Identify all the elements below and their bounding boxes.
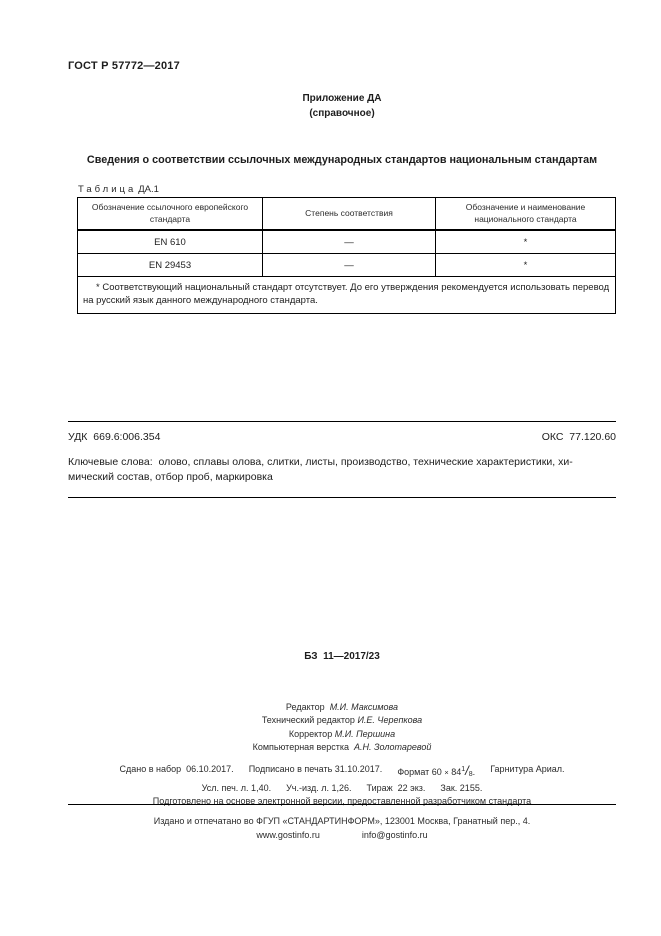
- order-number: Зак. 2155.: [440, 782, 482, 796]
- cell-national: *: [436, 254, 616, 277]
- publisher-links: www.gostinfo.ru info@gostinfo.ru: [68, 828, 616, 842]
- table-caption-word: Таблица: [78, 184, 136, 195]
- credit-line-corrector: Корректор М.И. Першина: [68, 728, 616, 741]
- cell-standard: EN 29453: [78, 254, 263, 277]
- publisher-block: Издано и отпечатано во ФГУП «СТАНДАРТИНФ…: [68, 814, 616, 842]
- header-national-standard: Обозначение и наименование национального…: [436, 198, 616, 231]
- divider-rule: [68, 804, 616, 805]
- publishing-sheets: Уч.-изд. л. 1,26.: [286, 782, 351, 796]
- correspondence-table: Обозначение ссылочного европейского стан…: [77, 197, 616, 314]
- cell-standard: EN 610: [78, 230, 263, 254]
- credit-label: Редактор: [286, 702, 325, 712]
- header-degree-of-correspondence: Степень соответствия: [263, 198, 436, 231]
- cell-degree: —: [263, 230, 436, 254]
- keywords-line: Ключевые слова: олово, сплавы олова, сли…: [68, 455, 616, 470]
- credit-name: М.И. Максимова: [330, 702, 398, 712]
- keywords: Ключевые слова: олово, сплавы олова, сли…: [68, 455, 616, 485]
- annex-title: Приложение ДА: [68, 91, 616, 106]
- multiply-sign: ×: [444, 768, 448, 777]
- table-footnote-row: * Соответствующий национальный стандарт …: [78, 277, 616, 314]
- header-european-standard: Обозначение ссылочного европейского стан…: [78, 198, 263, 231]
- format-spec: Формат 60 × 841/8.: [397, 763, 475, 782]
- annex-subtitle: (справочное): [68, 106, 616, 121]
- codes-row: УДК 669.6:006.354 ОКС 77.120.60: [68, 431, 616, 443]
- signed-to-print-date: Подписано в печать 31.10.2017.: [249, 763, 383, 782]
- keywords-line: мический состав, отбор проб, маркировка: [68, 470, 616, 485]
- bz-code: БЗ 11—2017/23: [68, 651, 616, 662]
- publisher-address: Издано и отпечатано во ФГУП «СТАНДАРТИНФ…: [68, 814, 616, 828]
- conventional-sheets: Усл. печ. л. 1,40.: [202, 782, 271, 796]
- annex-block: Приложение ДА (справочное): [68, 91, 616, 121]
- credit-label: Компьютерная верстка: [253, 742, 349, 752]
- credit-label: Технический редактор: [262, 715, 355, 725]
- typeface-note: Гарнитура Ариал.: [490, 763, 564, 782]
- table-row: EN 610 — *: [78, 230, 616, 254]
- publisher-email: info@gostinfo.ru: [362, 828, 428, 842]
- table-caption: ТаблицаДА.1: [78, 184, 159, 195]
- credit-line-layout: Компьютерная верстка А.Н. Золотаревой: [68, 741, 616, 754]
- document-page: ГОСТ Р 57772—2017 Приложение ДА (справоч…: [0, 0, 661, 936]
- colophon-line-1: Сдано в набор 06.10.2017. Подписано в пе…: [68, 763, 616, 782]
- credit-label: Корректор: [289, 729, 332, 739]
- credit-line-technical-editor: Технический редактор И.Е. Черепкова: [68, 714, 616, 727]
- colophon-block: Сдано в набор 06.10.2017. Подписано в пе…: [68, 763, 616, 809]
- table-footnote-text: * Соответствующий национальный стандарт …: [83, 281, 610, 307]
- credits-block: Редактор М.И. Максимова Технический реда…: [68, 701, 616, 755]
- set-in-type-date: Сдано в набор 06.10.2017.: [119, 763, 233, 782]
- cell-national: *: [436, 230, 616, 254]
- table-caption-number: ДА.1: [138, 184, 159, 195]
- credit-name: М.И. Першина: [335, 729, 395, 739]
- udk-code: УДК 669.6:006.354: [68, 431, 160, 443]
- publisher-website: www.gostinfo.ru: [256, 828, 320, 842]
- table-footnote: * Соответствующий национальный стандарт …: [78, 277, 616, 314]
- credit-line-editor: Редактор М.И. Максимова: [68, 701, 616, 714]
- oks-code: ОКС 77.120.60: [542, 431, 616, 443]
- print-run: Тираж 22 экз.: [366, 782, 425, 796]
- table-row: EN 29453 — *: [78, 254, 616, 277]
- credit-name: И.Е. Черепкова: [357, 715, 422, 725]
- appendix-heading: Сведения о соответствии ссылочных междун…: [58, 154, 626, 166]
- colophon-line-3: Подготовлено на основе электронной верси…: [68, 795, 616, 809]
- cell-degree: —: [263, 254, 436, 277]
- classification-block: УДК 669.6:006.354 ОКС 77.120.60 Ключевые…: [68, 421, 616, 498]
- credit-name: А.Н. Золотаревой: [354, 742, 431, 752]
- doc-code: ГОСТ Р 57772—2017: [68, 60, 180, 72]
- table-header-row: Обозначение ссылочного европейского стан…: [78, 198, 616, 231]
- colophon-line-2: Усл. печ. л. 1,40. Уч.-изд. л. 1,26. Тир…: [68, 782, 616, 796]
